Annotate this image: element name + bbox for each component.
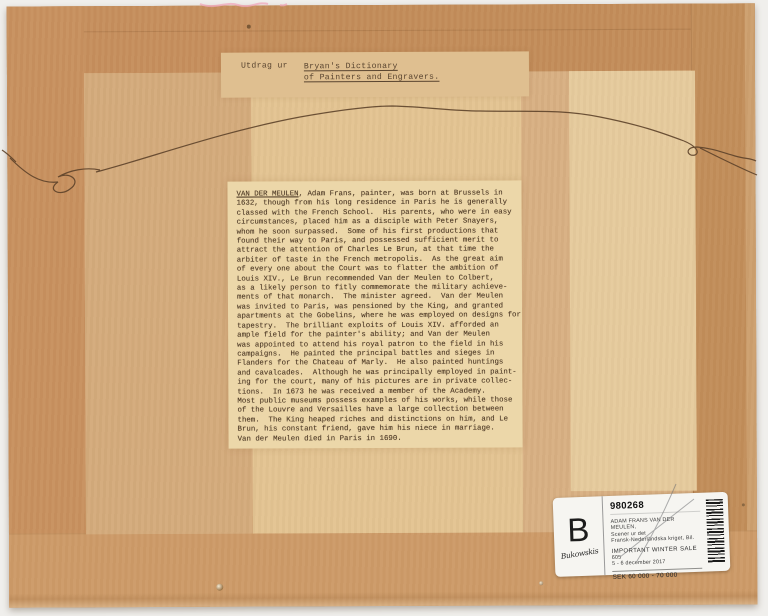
nail-hole — [247, 25, 251, 29]
biography-lead-name: VAN DER MEULEN — [236, 190, 298, 198]
barcode — [706, 499, 725, 563]
nail-hole — [742, 503, 745, 506]
tack — [539, 581, 543, 585]
biography-text: VAN DER MEULEN, Adam Frans, painter, was… — [236, 189, 522, 444]
bukowskis-logo-script: Bukowskis — [560, 546, 599, 561]
source-caption-label: Utdrag ur Bryan's Dictionary of Painters… — [221, 51, 529, 97]
caption-title-line1: Bryan's Dictionary — [304, 61, 440, 73]
caption-title: Bryan's Dictionary of Painters and Engra… — [304, 61, 440, 84]
bukowskis-logo-letter: B — [567, 515, 590, 546]
typed-biography-label: VAN DER MEULEN, Adam Frans, painter, was… — [227, 180, 522, 448]
biography-first-line-rest: , Adam Frans, painter, was born at Bruss… — [299, 189, 503, 198]
photo-frame-back: Utdrag ur Bryan's Dictionary of Painters… — [0, 0, 768, 616]
caption-title-line2: of Painters and Engravers. — [304, 72, 440, 84]
frame-back-board: Utdrag ur Bryan's Dictionary of Painters… — [7, 3, 758, 607]
sticker-details: 980268 ADAM FRANS VAN DER MEULEN, Scener… — [603, 492, 731, 575]
auction-sticker: B Bukowskis 980268 ADAM FRANS VAN DER ME… — [553, 492, 731, 577]
caption-prefix: Utdrag ur — [241, 61, 288, 70]
biography-body: 1632, though from his long residence in … — [237, 199, 523, 445]
bukowskis-logo: B Bukowskis — [553, 496, 606, 577]
tack — [216, 584, 223, 591]
object-number: 980268 — [610, 498, 700, 515]
